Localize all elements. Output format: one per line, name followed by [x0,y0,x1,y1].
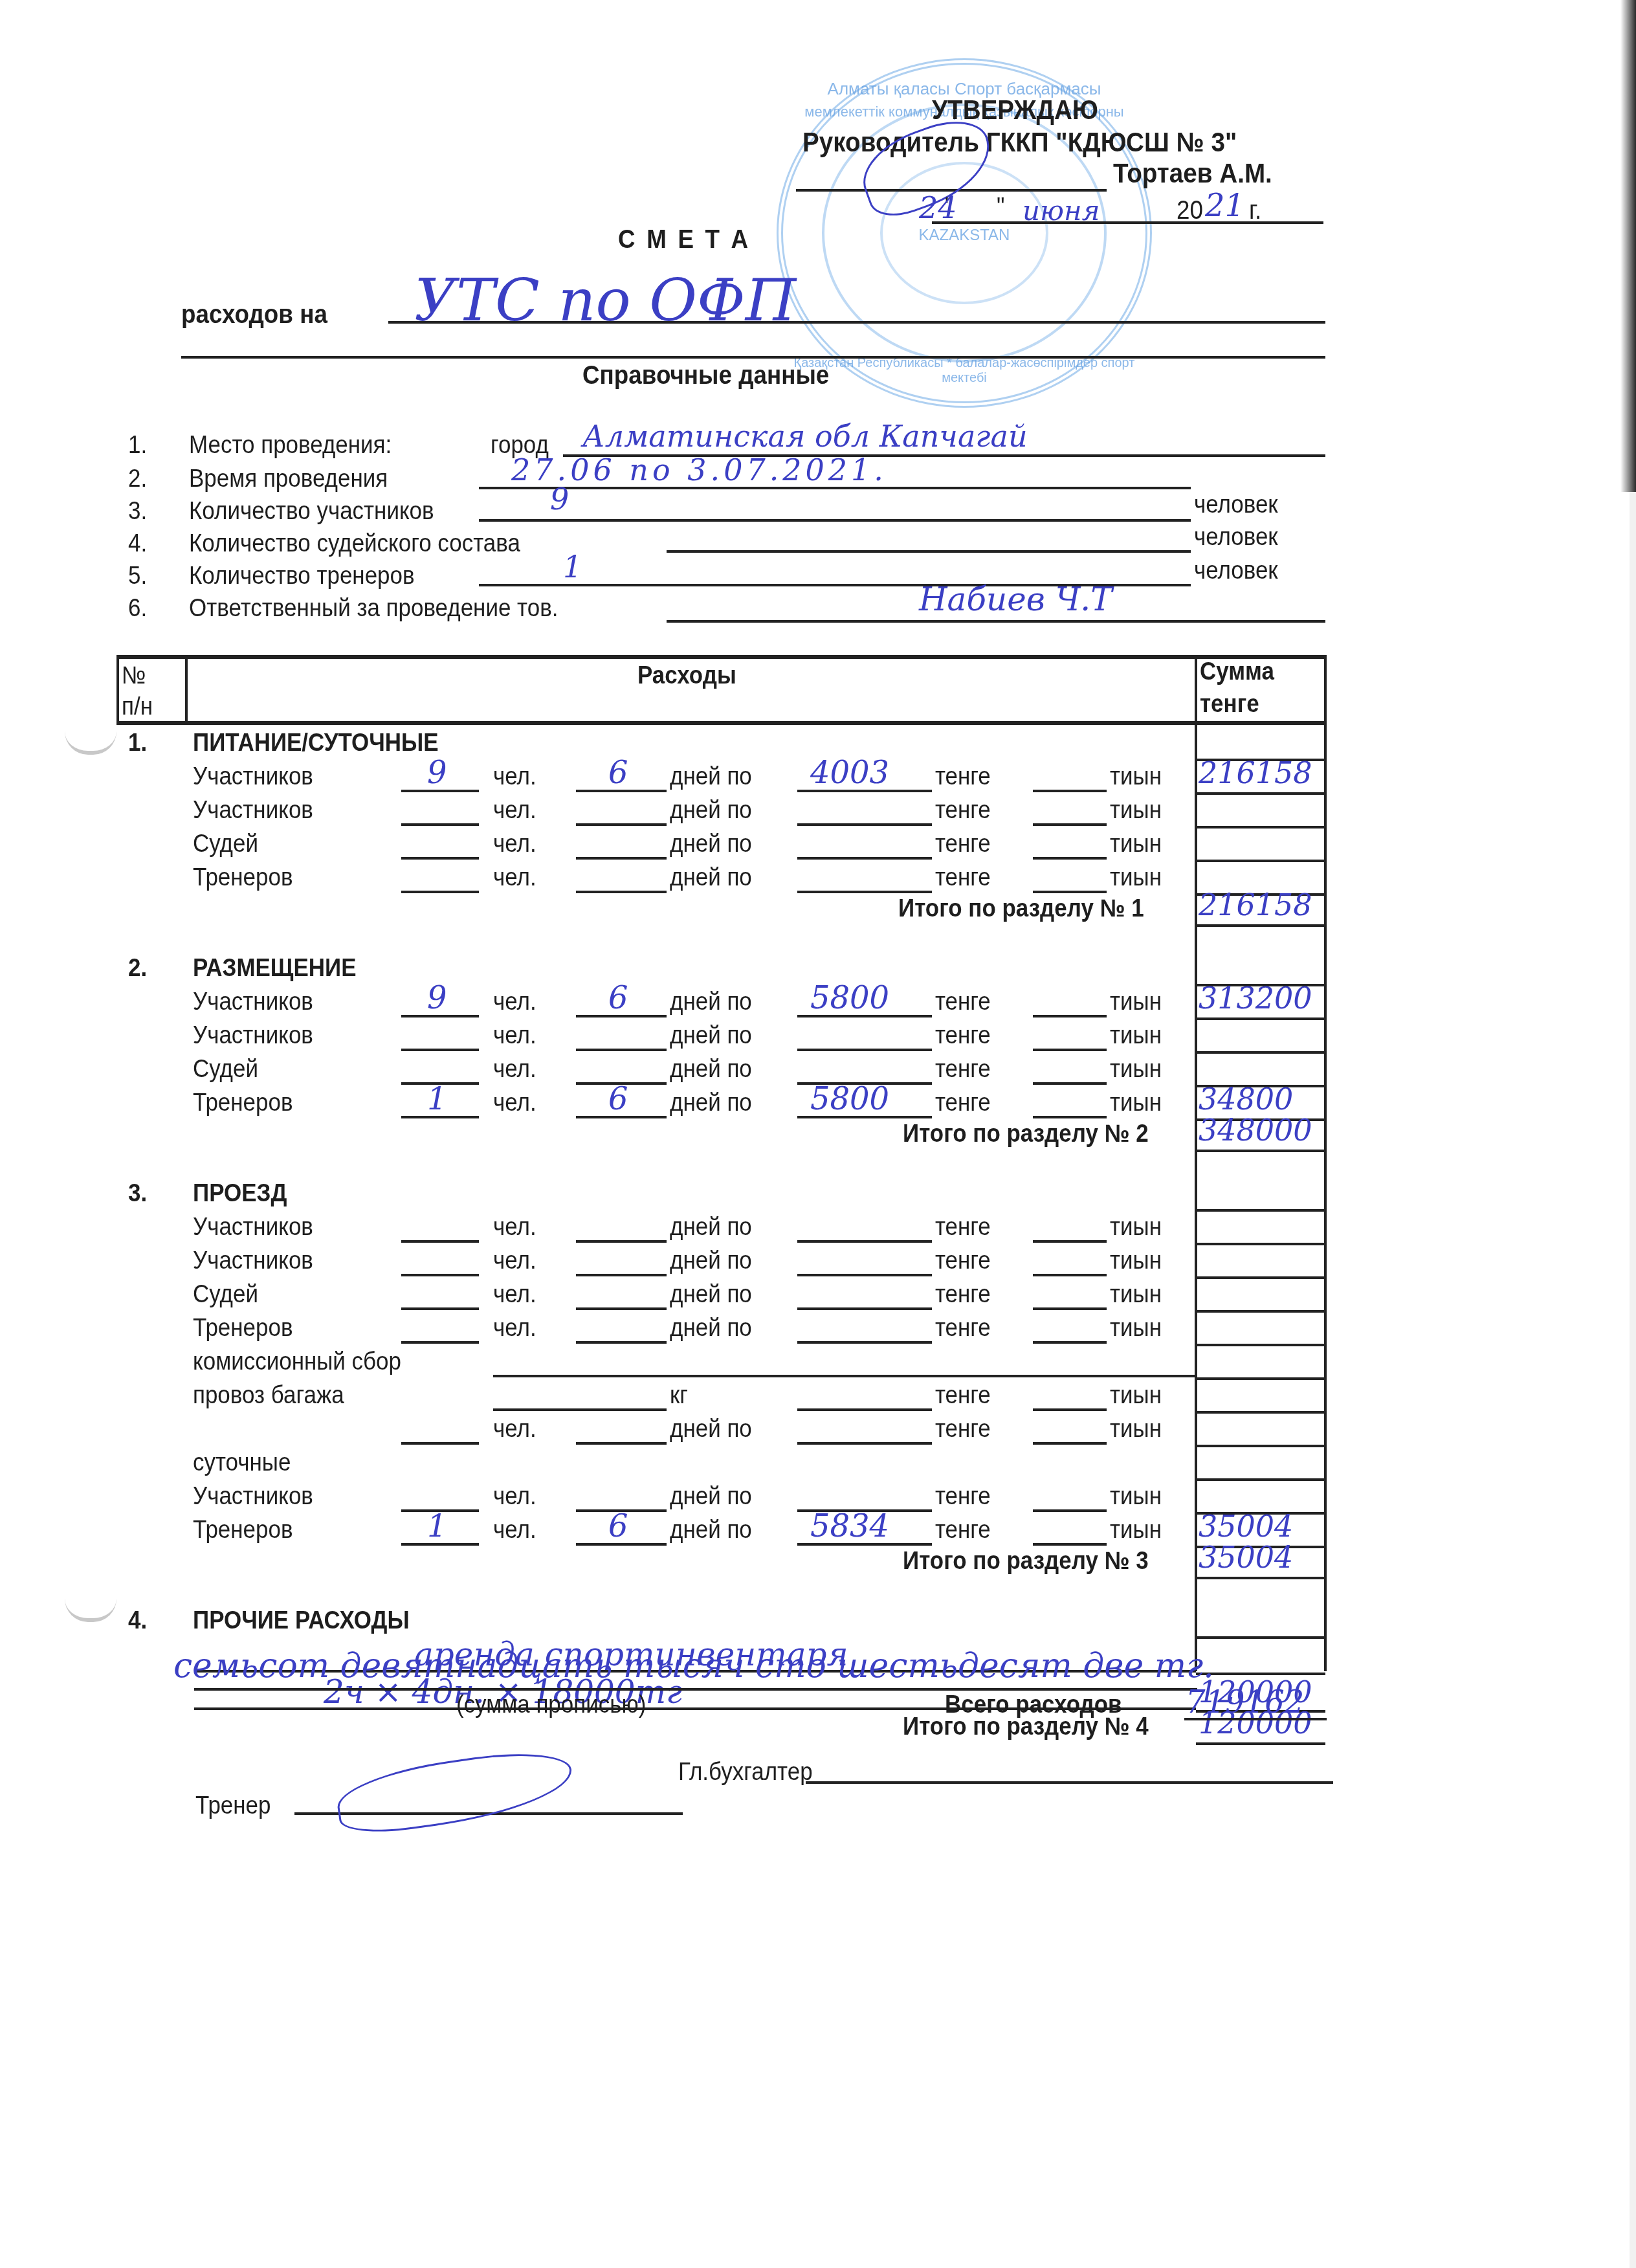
stamp-bottom-text: Қазақстан Республикасы * балалар-жасөспі… [783,356,1145,386]
unit-kg: кг [670,1383,688,1408]
unit-people: чел. [493,1315,536,1341]
tiyn-blank [1033,790,1107,792]
days-blank [576,823,667,826]
sum-col-left-border [1195,655,1197,1671]
reference-line [479,487,1191,489]
commission-blank [493,1375,1196,1377]
row-sum-value[interactable]: 34800 [1199,1082,1293,1116]
amount-in-words[interactable]: семьсот девятнадцать тысяч сто шестьдеся… [173,1649,1214,1683]
unit-days: дней по [670,1023,752,1049]
baggage-label: провоз багажа [193,1383,344,1408]
reference-value-trainers[interactable]: 1 [563,550,582,584]
days-blank [576,1240,667,1243]
rate-blank [797,857,932,860]
tiyn-blank [1033,1341,1107,1344]
section-total-label: Итого по разделу № 1 [898,896,1144,922]
reference-num: 5. [128,563,147,589]
table-top-border [116,655,1327,659]
grand-total-value[interactable]: 719162 [1186,1685,1304,1719]
sum-cell-border [1196,1310,1325,1313]
unit-tiyn: тиын [1110,1383,1162,1408]
col-num-line2: п/н [122,694,153,720]
row-sum-value[interactable]: 216158 [1199,756,1312,790]
unit-tiyn: тиын [1110,865,1162,891]
reference-label-judges: Количество судейского состава [189,531,520,557]
unit-days: дней по [670,1056,752,1082]
reference-label-venue: Место проведения: [189,432,392,458]
row-label: Участников [193,1023,313,1049]
people-blank [401,823,479,826]
unit-people: чел. [493,764,536,790]
approval-title: УТВЕРЖДАЮ [932,97,1098,123]
per-diem-label: суточные [193,1450,291,1476]
grand-total-label: Всего расходов [945,1692,1122,1718]
rate-blank [797,1442,932,1445]
people-value[interactable]: 1 [427,1082,447,1116]
unit-days: дней по [670,831,752,857]
unit-tenge: тенге [935,797,991,823]
days-blank [576,1049,667,1051]
section-num: 1. [128,730,147,756]
unit-tiyn: тиын [1110,1517,1162,1543]
tiyn-blank [1033,1307,1107,1310]
reference-num: 1. [128,432,147,458]
punch-hole-mark [65,731,116,755]
tiyn-blank [1033,1442,1107,1445]
grand-total-line [1184,1718,1327,1720]
unit-tiyn: тиын [1110,1484,1162,1509]
approval-date-day: 24 [919,191,957,225]
sum-cell-border [1196,1445,1325,1447]
table-num-col-border [185,655,188,724]
unit-people: чел. [493,989,536,1015]
expenses-for-line-2 [181,356,1325,359]
row-label: Тренеров [193,1090,293,1116]
sum-cell-border [1196,1377,1325,1380]
sum-cell-border [1196,1243,1325,1245]
table-header-border [116,721,1327,725]
unit-people: чел. [493,1023,536,1049]
unit-tiyn: тиын [1110,1282,1162,1307]
unit-tenge: тенге [935,1416,991,1442]
sum-cell-border [1196,1344,1325,1346]
unit-tenge: тенге [935,1090,991,1116]
scan-edge-shadow [1620,0,1636,492]
section-total-value[interactable]: 216158 [1199,888,1312,922]
unit-days: дней по [670,1315,752,1341]
unit-tiyn: тиын [1110,989,1162,1015]
approval-date-line [932,221,1323,224]
rate-blank [797,1408,932,1411]
tiyn-blank [1033,891,1107,893]
accountant-label: Гл.бухгалтер [678,1759,813,1785]
accountant-signature-line[interactable] [806,1781,1333,1784]
unit-people: чел. [493,1282,536,1307]
punch-hole-mark [65,1599,116,1622]
tiyn-blank [1033,1049,1107,1051]
row-sum-value[interactable]: 35004 [1199,1509,1293,1543]
section-total-label: Итого по разделу № 3 [903,1548,1149,1574]
section-total-value[interactable]: 35004 [1199,1540,1293,1574]
section-title: ПРОЧИЕ РАСХОДЫ [193,1608,410,1634]
unit-tenge: тенге [935,1214,991,1240]
people-blank [401,1307,479,1310]
days-blank [576,891,667,893]
unit-tenge: тенге [935,764,991,790]
days-value[interactable]: 6 [608,1082,628,1116]
unit-tenge: тенге [935,1315,991,1341]
unit-days: дней по [670,1248,752,1274]
scan-edge [1630,492,1636,2268]
sum-cell-border [1196,1209,1325,1212]
unit-days: дней по [670,1090,752,1116]
unit-tenge: тенге [935,1282,991,1307]
unit-tenge: тенге [935,865,991,891]
row-sum-value[interactable]: 313200 [1199,981,1312,1015]
reference-label-responsible: Ответственный за проведение тов. [189,595,558,621]
section-total-value[interactable]: 348000 [1199,1113,1312,1147]
row-label: Участников [193,1484,313,1509]
days-value[interactable]: 6 [608,981,628,1015]
people-blank [401,1049,479,1051]
rate-blank [797,1341,932,1344]
days-value[interactable]: 6 [608,756,628,790]
reference-value-participants[interactable]: 9 [550,482,569,516]
reference-num: 6. [128,595,147,621]
people-blank [401,1341,479,1344]
document-title: С М Е Т А [618,227,751,252]
reference-suffix: человек [1194,524,1278,550]
approval-name: Тортаев А.М. [1113,161,1272,186]
row-label: Судей [193,831,258,857]
tiyn-blank [1033,1509,1107,1512]
people-blank [401,857,479,860]
row-label: Участников [193,989,313,1015]
section-num: 2. [128,955,147,981]
unit-people: чел. [493,1214,536,1240]
approval-year-prefix: 20 [1177,197,1203,223]
expenses-for-label: расходов на [181,302,327,328]
reference-line [667,550,1191,553]
days-blank [576,1307,667,1310]
reference-value-responsible[interactable]: Набиев Ч.Т [919,583,1112,616]
expenses-for-line [388,321,1325,324]
row-label: Тренеров [193,1517,293,1543]
days-blank [576,1274,667,1276]
unit-days: дней по [670,1484,752,1509]
section-title: РАЗМЕЩЕНИЕ [193,955,356,981]
rate-value[interactable]: 4003 [810,756,889,790]
sum-cell-border [1196,860,1325,862]
table-left-border [116,655,119,724]
col-expenses: Расходы [637,663,736,689]
reference-line [479,519,1191,522]
stamp-center-text: KAZAKSTAN [783,227,1145,245]
sum-cell-border [1196,924,1325,927]
tiyn-blank [1033,1116,1107,1118]
unit-tiyn: тиын [1110,831,1162,857]
reference-label-trainers: Количество тренеров [189,563,415,589]
unit-people: чел. [493,1248,536,1274]
sum-cell-border [1196,792,1325,795]
unit-tenge: тенге [935,989,991,1015]
unit-tenge: тенге [935,1023,991,1049]
sum-cell-border [1196,1411,1325,1414]
tiyn-blank [1033,1240,1107,1243]
unit-tiyn: тиын [1110,1248,1162,1274]
people-blank [401,1274,479,1276]
tiyn-blank [1033,1015,1107,1017]
unit-tiyn: тиын [1110,1090,1162,1116]
rate-blank [797,1240,932,1243]
people-value[interactable]: 1 [427,1509,447,1543]
sum-cell-border [1196,1636,1325,1639]
approval-year-suffix: 21 [1205,189,1244,223]
rate-blank [797,1049,932,1051]
unit-tenge: тенге [935,831,991,857]
rate-blank [797,891,932,893]
tiyn-blank [1033,1082,1107,1085]
unit-tiyn: тиын [1110,1023,1162,1049]
col-sum-line1: Сумма [1200,659,1274,685]
amount-in-words-line [194,1688,1197,1691]
unit-tiyn: тиын [1110,764,1162,790]
tiyn-blank [1033,1543,1107,1546]
tiyn-blank [1033,857,1107,860]
days-value[interactable]: 6 [608,1509,628,1543]
people-value[interactable]: 9 [427,981,447,1015]
unit-days: дней по [670,865,752,891]
rate-value[interactable]: 5800 [810,981,889,1015]
row-label: Участников [193,1248,313,1274]
sum-cell-border [1196,1577,1325,1579]
sum-cell-border [1196,1276,1325,1279]
sum-cell-border [1196,1742,1325,1745]
row-label: Участников [193,1214,313,1240]
tiyn-blank [1033,1274,1107,1276]
unit-tiyn: тиын [1110,797,1162,823]
unit-days: дней по [670,1416,752,1442]
rate-value[interactable]: 5834 [810,1509,889,1543]
sum-cell-border [1196,1150,1325,1152]
unit-tiyn: тиын [1110,1214,1162,1240]
people-blank [401,1240,479,1243]
rate-blank [797,1307,932,1310]
unit-days: дней по [670,797,752,823]
approval-quote-close: " [997,194,1004,220]
tiyn-blank [1033,823,1107,826]
col-num-line1: № [122,663,146,689]
unit-people: чел. [493,1484,536,1509]
sum-cell-border [1196,1478,1325,1481]
reference-suffix: человек [1194,558,1278,584]
reference-label-time: Время проведения [189,466,388,492]
unit-tenge: тенге [935,1484,991,1509]
row-label: Участников [193,764,313,790]
rate-blank [797,823,932,826]
row-label: Участников [193,797,313,823]
section-num: 4. [128,1608,147,1634]
unit-people: чел. [493,865,536,891]
unit-people: чел. [493,1090,536,1116]
people-blank [401,1442,479,1445]
unit-people: чел. [493,1517,536,1543]
sum-cell-border [1196,1051,1325,1054]
days-blank [576,1442,667,1445]
row-label: Судей [193,1056,258,1082]
unit-tenge: тенге [935,1056,991,1082]
reference-suffix: человек [1194,492,1278,518]
tiyn-blank [1033,1408,1107,1411]
approval-position: Руководитель ГККП "КДЮСШ № 3" [802,129,1237,155]
section-title: ПИТАНИЕ/СУТОЧНЫЕ [193,730,439,756]
days-blank [576,1341,667,1344]
unit-people: чел. [493,831,536,857]
unit-days: дней по [670,764,752,790]
reference-label-participants: Количество участников [189,498,434,524]
reference-line [667,620,1325,623]
reference-heading: Справочные данные [582,362,829,388]
unit-days: дней по [670,989,752,1015]
unit-people: чел. [493,1056,536,1082]
people-value[interactable]: 9 [427,756,447,790]
amount-in-words-caption: (сумма прописью) [456,1692,646,1718]
unit-days: дней по [670,1282,752,1307]
people-blank [401,891,479,893]
unit-days: дней по [670,1214,752,1240]
unit-tenge: тенге [935,1383,991,1408]
col-sum-line2: тенге [1200,691,1259,717]
reference-num: 4. [128,531,147,557]
reference-num: 2. [128,466,147,492]
section-title: ПРОЕЗД [193,1181,287,1206]
section-num: 3. [128,1181,147,1206]
unit-tenge: тенге [935,1517,991,1543]
reference-value-venue[interactable]: Алматинская обл Капчагай [582,419,1028,453]
row-label: Тренеров [193,1315,293,1341]
baggage-kg-blank [493,1408,667,1411]
unit-tiyn: тиын [1110,1315,1162,1341]
unit-tiyn: тиын [1110,1416,1162,1442]
approval-year-label: г. [1249,197,1261,223]
reference-num: 3. [128,498,147,524]
rate-blank [797,1274,932,1276]
unit-people: чел. [493,1416,536,1442]
unit-people: чел. [493,797,536,823]
sum-col-right-border [1324,655,1327,1671]
unit-tenge: тенге [935,1248,991,1274]
sum-cell-border [1196,1017,1325,1020]
sum-cell-border [1196,826,1325,828]
trainer-label: Тренер [195,1793,271,1819]
commission-label: комиссионный сбор [193,1349,401,1375]
unit-tiyn: тиын [1110,1056,1162,1082]
row-label: Тренеров [193,865,293,891]
rate-value[interactable]: 5800 [810,1082,889,1116]
section-total-label: Итого по разделу № 2 [903,1121,1149,1147]
row-label: Судей [193,1282,258,1307]
days-blank [576,857,667,860]
unit-days: дней по [670,1517,752,1543]
trainer-signature [333,1744,577,1839]
